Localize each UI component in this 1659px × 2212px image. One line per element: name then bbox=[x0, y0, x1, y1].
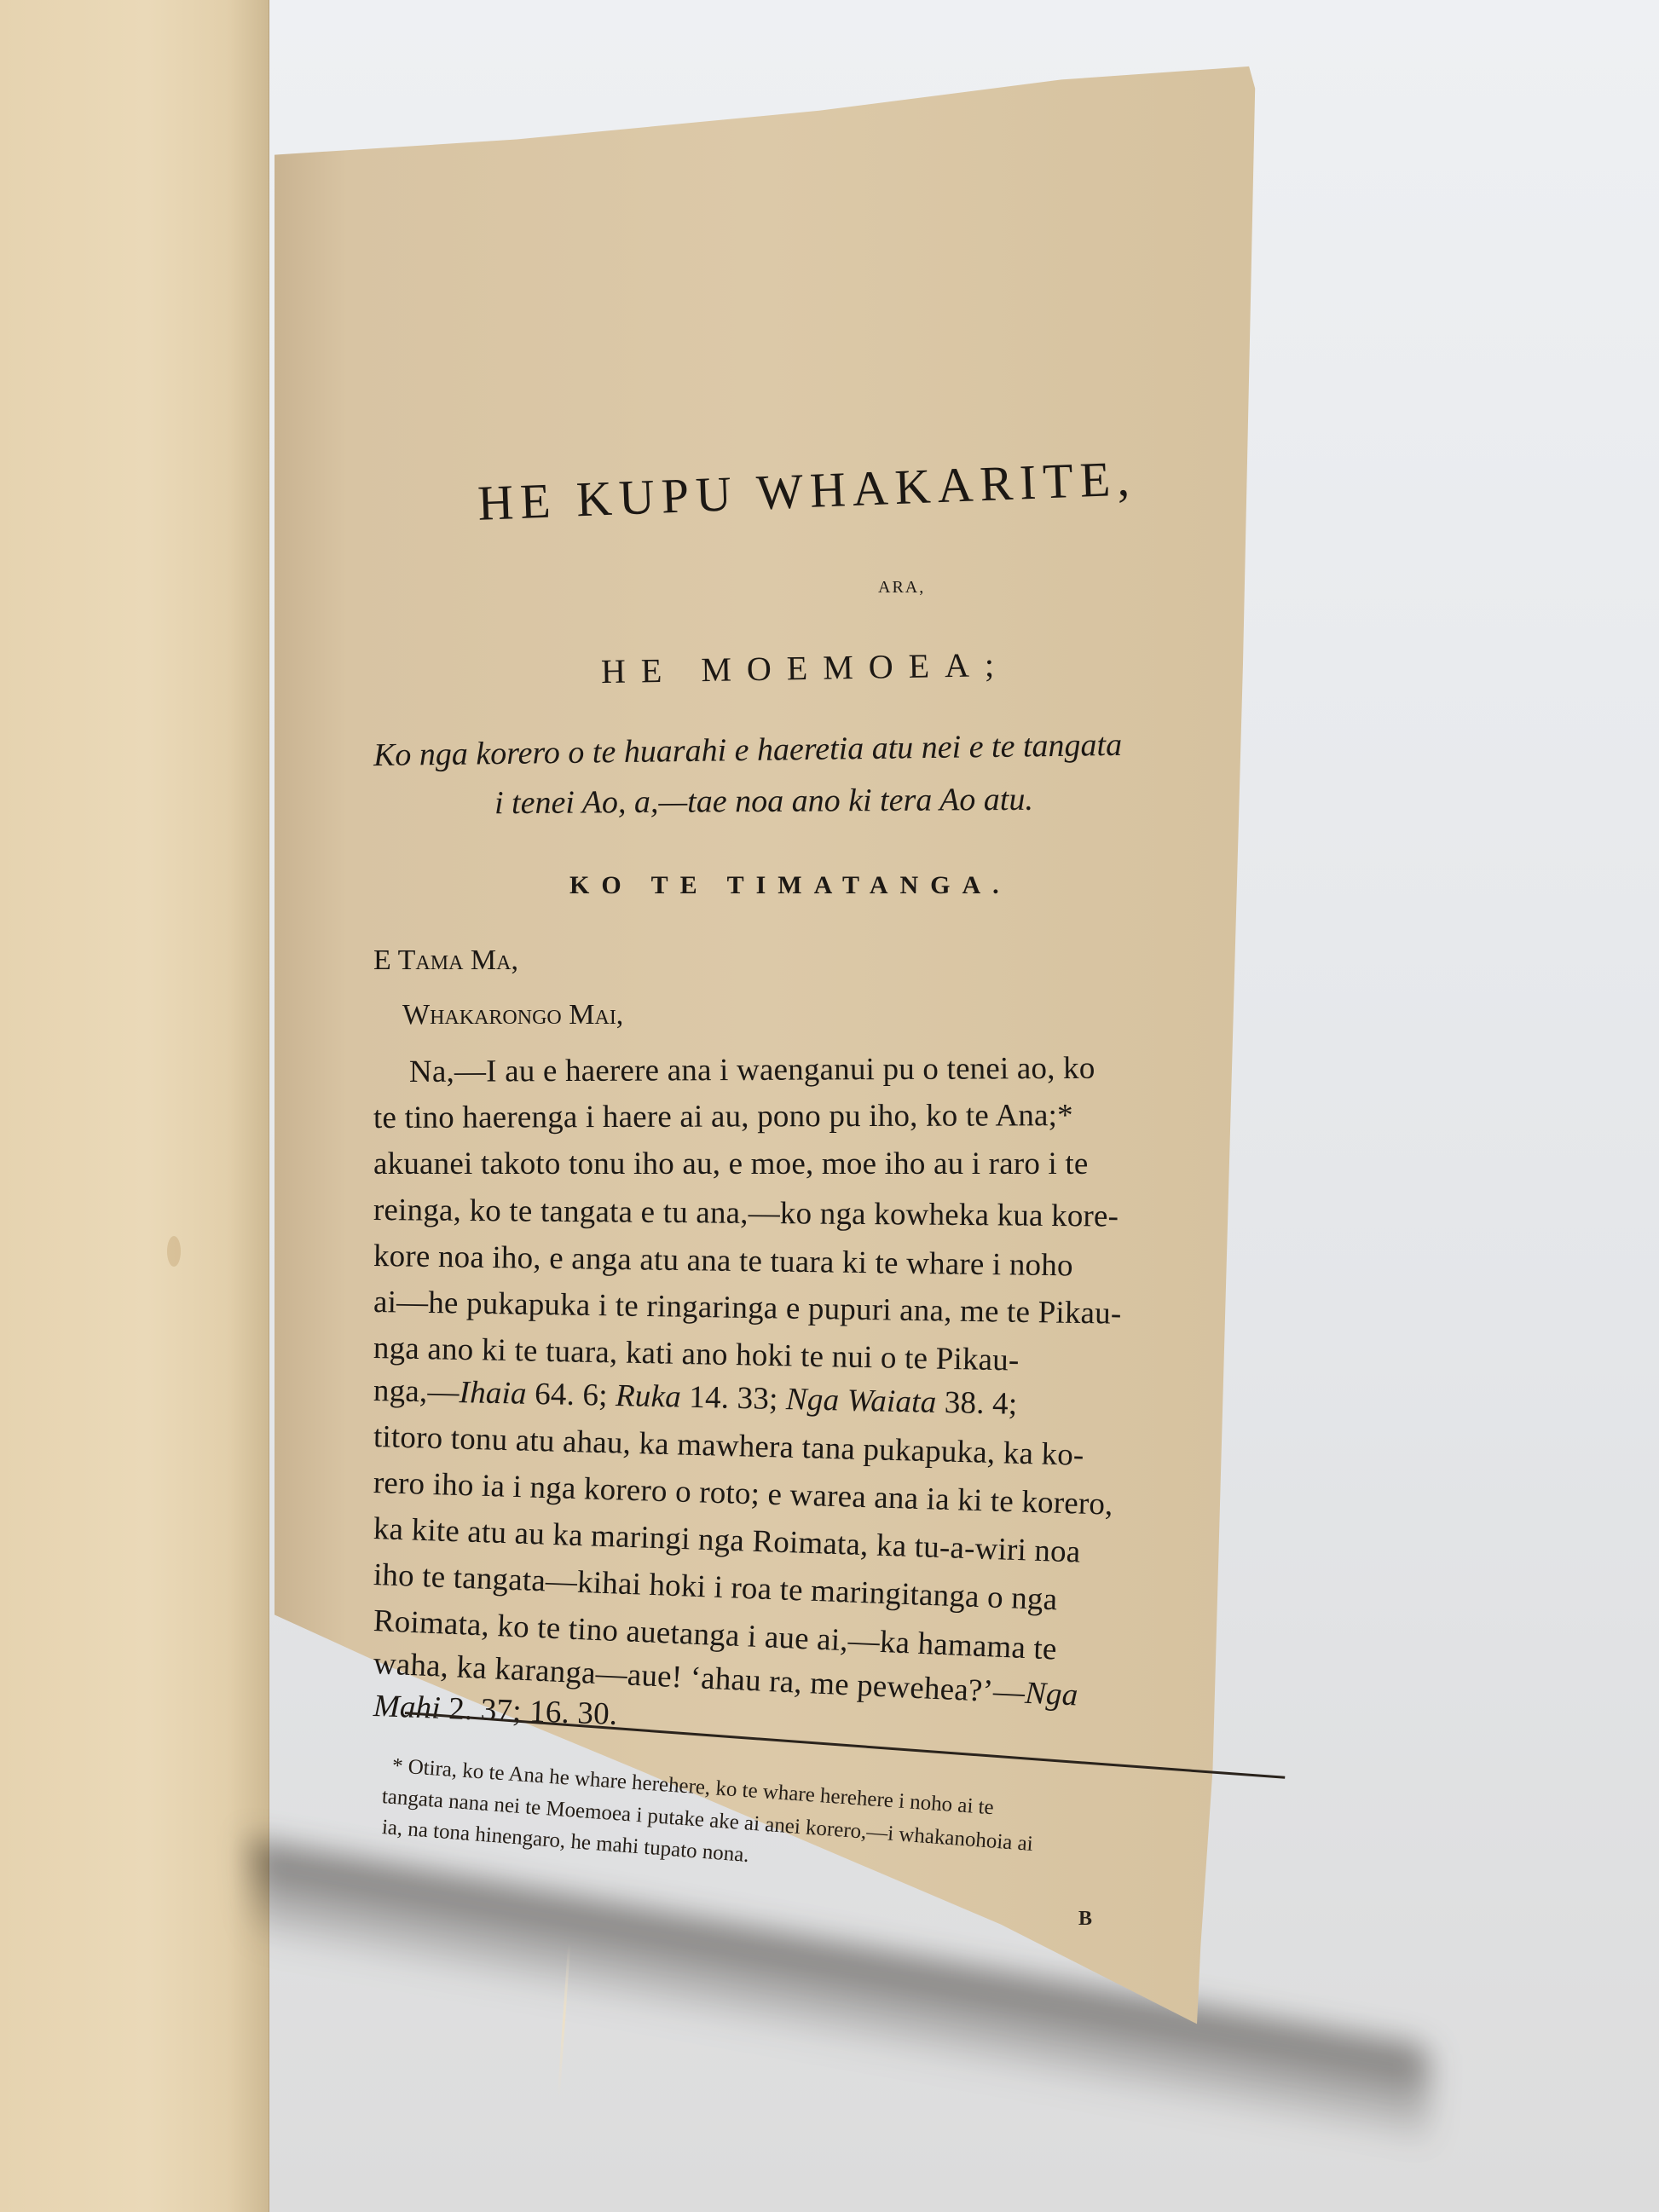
page-text-block: HE KUPU WHAKARITE, ARA, HE MOEMOEA; Ko n… bbox=[358, 0, 1262, 2212]
citation-ref: 14. 33; bbox=[681, 1380, 787, 1418]
facing-left-page bbox=[0, 0, 269, 2212]
body-line: titoro tonu atu ahau, ka mawhera tana pu… bbox=[373, 1418, 1084, 1474]
citation-book: Nga Waiata bbox=[786, 1382, 937, 1420]
salutation-line-2: Whakarongo Mai, bbox=[402, 999, 623, 1031]
body-line: akuanei takoto tonu iho au, e moe, moe i… bbox=[373, 1146, 1089, 1182]
body-line: reinga, ko te tangata e tu ana,—ko nga k… bbox=[373, 1192, 1119, 1235]
body-line: kore noa iho, e anga atu ana te tuara ki… bbox=[373, 1238, 1073, 1284]
italic-subtitle-line-1: Ko nga korero o te huarahi e haeretia at… bbox=[373, 726, 1123, 774]
citation-line: nga,—Ihaia 64. 6; Ruka 14. 33; Nga Waiat… bbox=[373, 1372, 1018, 1423]
connector-word: ARA, bbox=[878, 578, 925, 598]
citation-ref: 38. 4; bbox=[936, 1385, 1018, 1422]
italic-subtitle-line-2: i tenei Ao, a,—tae noa ano ki tera Ao at… bbox=[494, 781, 1033, 822]
signature-mark: B bbox=[1078, 1908, 1092, 1931]
citation-book: Ihaia bbox=[459, 1375, 527, 1412]
body-line: te tino haerenga i haere ai au, pono pu … bbox=[373, 1097, 1073, 1136]
section-heading: KO TE TIMATANGA. bbox=[569, 871, 1011, 900]
citation-book: Nga bbox=[1024, 1676, 1078, 1713]
paper-stain bbox=[167, 1236, 181, 1267]
body-line: nga ano ki te tuara, kati ano hoki te nu… bbox=[373, 1330, 1020, 1379]
body-line: ai—he pukapuka i te ringaringa e pupuri … bbox=[373, 1284, 1122, 1332]
body-line: Na,—I au e haerere ana i waenganui pu o … bbox=[409, 1050, 1095, 1090]
citation-ref: 64. 6; bbox=[526, 1377, 616, 1413]
salutation-line-1: E Tama Ma, bbox=[373, 944, 518, 977]
citation-prefix: nga,— bbox=[373, 1373, 460, 1410]
page-title: HE KUPU WHAKARITE, bbox=[477, 446, 1228, 532]
citation-book: Ruka bbox=[616, 1378, 682, 1415]
page-subtitle: HE MOEMOEA; bbox=[601, 644, 1010, 691]
citation-book: Mahi bbox=[373, 1689, 441, 1726]
